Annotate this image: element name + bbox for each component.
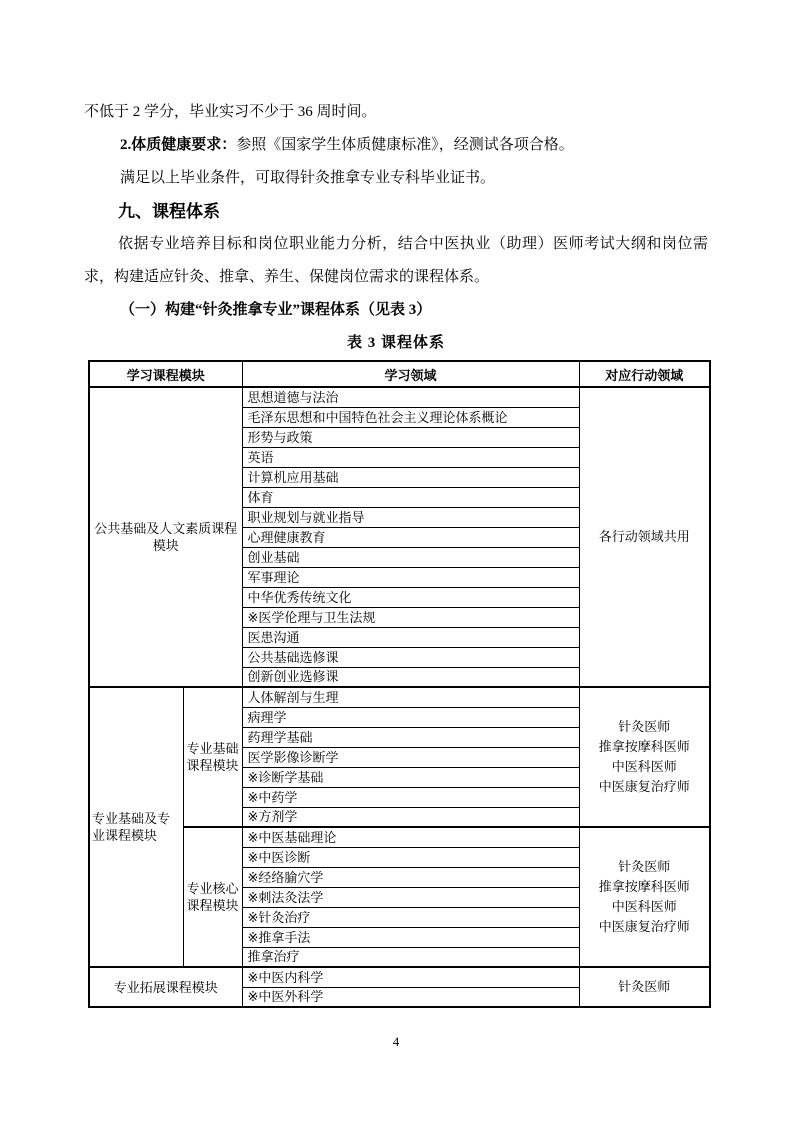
course-cell: 军事理论 (242, 567, 579, 587)
action-domain-cell: 针灸医师 推拿按摩科医师 中医科医师 中医康复治疗师 (579, 827, 710, 967)
action-domain-cell: 针灸医师 推拿按摩科医师 中医科医师 中医康复治疗师 (579, 687, 710, 827)
course-cell: ※中医基础理论 (242, 827, 579, 847)
course-cell: ※中药学 (242, 787, 579, 807)
course-cell: ※医学伦理与卫生法规 (242, 607, 579, 627)
header-learning-area-column: 学习领域 (242, 361, 579, 387)
course-cell: 公共基础选修课 (242, 647, 579, 667)
action-domain-cell: 各行动领域共用 (579, 387, 710, 687)
paragraph-physical-health: 2.体质健康要求：参照《国家学生体质健康标准》，经测试各项合格。 (84, 129, 708, 162)
table-row: 专业核心课程模块※中医基础理论针灸医师 推拿按摩科医师 中医科医师 中医康复治疗… (89, 827, 710, 847)
document-content: 不低于 2 学分，毕业实习不少于 36 周时间。 2.体质健康要求：参照《国家学… (84, 96, 708, 1008)
paragraph-graduation-credits: 不低于 2 学分，毕业实习不少于 36 周时间。 (84, 96, 708, 129)
paragraph-curriculum-intro: 依据专业培养目标和岗位职业能力分析，结合中医执业（助理）医师考试大纲和岗位需求，… (84, 228, 708, 294)
course-cell: 病理学 (242, 707, 579, 727)
paragraph-physical-health-text: 参照《国家学生体质健康标准》，经测试各项合格。 (236, 137, 574, 153)
course-cell: ※诊断学基础 (242, 767, 579, 787)
course-cell: ※推拿手法 (242, 927, 579, 947)
course-cell: ※中医诊断 (242, 847, 579, 867)
course-cell: 体育 (242, 487, 579, 507)
table-row: 专业拓展课程模块※中医内科学针灸医师 (89, 967, 710, 987)
document-page: 不低于 2 学分，毕业实习不少于 36 周时间。 2.体质健康要求：参照《国家学… (0, 0, 792, 1121)
module-cell: 公共基础及人文素质课程模块 (89, 387, 242, 687)
course-cell: 推拿治疗 (242, 947, 579, 967)
course-cell: ※中医内科学 (242, 967, 579, 987)
action-domain-cell: 针灸医师 (579, 967, 710, 1007)
curriculum-table: 学习课程模块 学习领域 对应行动领域 公共基础及人文素质课程模块思想道德与法治各… (88, 360, 711, 1008)
module-cell: 专业拓展课程模块 (89, 967, 242, 1007)
course-cell: 创业基础 (242, 547, 579, 567)
course-cell: ※刺法灸法学 (242, 887, 579, 907)
table-row: 专业基础及专业课程模块专业基础课程模块人体解剖与生理针灸医师 推拿按摩科医师 中… (89, 687, 710, 707)
course-cell: 计算机应用基础 (242, 467, 579, 487)
paragraph-diploma: 满足以上毕业条件，可取得针灸推拿专业专科毕业证书。 (84, 162, 708, 195)
course-cell: 创新创业选修课 (242, 667, 579, 687)
submodule-cell: 专业基础课程模块 (183, 687, 242, 827)
table-caption: 表 3 课程体系 (84, 327, 708, 360)
course-cell: ※方剂学 (242, 807, 579, 827)
table-row: 公共基础及人文素质课程模块思想道德与法治各行动领域共用 (89, 387, 710, 407)
course-cell: 医患沟通 (242, 627, 579, 647)
course-cell: ※针灸治疗 (242, 907, 579, 927)
course-cell: 职业规划与就业指导 (242, 507, 579, 527)
course-cell: 英语 (242, 447, 579, 467)
module-cell: 专业基础及专业课程模块 (89, 687, 183, 967)
header-module-column: 学习课程模块 (89, 361, 242, 387)
course-cell: 医学影像诊断学 (242, 747, 579, 767)
subsection-heading-build-curriculum: （一）构建“针灸推拿专业”课程体系（见表 3） (84, 294, 708, 327)
header-action-domain-column: 对应行动领域 (579, 361, 710, 387)
course-cell: 思想道德与法治 (242, 387, 579, 407)
course-cell: ※中医外科学 (242, 987, 579, 1007)
course-cell: 人体解剖与生理 (242, 687, 579, 707)
course-cell: 毛泽东思想和中国特色社会主义理论体系概论 (242, 407, 579, 427)
submodule-cell: 专业核心课程模块 (183, 827, 242, 967)
course-cell: 心理健康教育 (242, 527, 579, 547)
table-header-row: 学习课程模块 学习领域 对应行动领域 (89, 361, 710, 387)
curriculum-table-head: 学习课程模块 学习领域 对应行动领域 (89, 361, 710, 387)
course-cell: 药理学基础 (242, 727, 579, 747)
curriculum-table-body: 公共基础及人文素质课程模块思想道德与法治各行动领域共用毛泽东思想和中国特色社会主… (89, 387, 710, 1007)
page-number: 4 (0, 1034, 792, 1050)
course-cell: ※经络腧穴学 (242, 867, 579, 887)
course-cell: 中华优秀传统文化 (242, 587, 579, 607)
course-cell: 形势与政策 (242, 427, 579, 447)
section-heading-curriculum-system: 九、课程体系 (84, 195, 708, 228)
paragraph-physical-health-label: 2.体质健康要求： (120, 137, 236, 153)
